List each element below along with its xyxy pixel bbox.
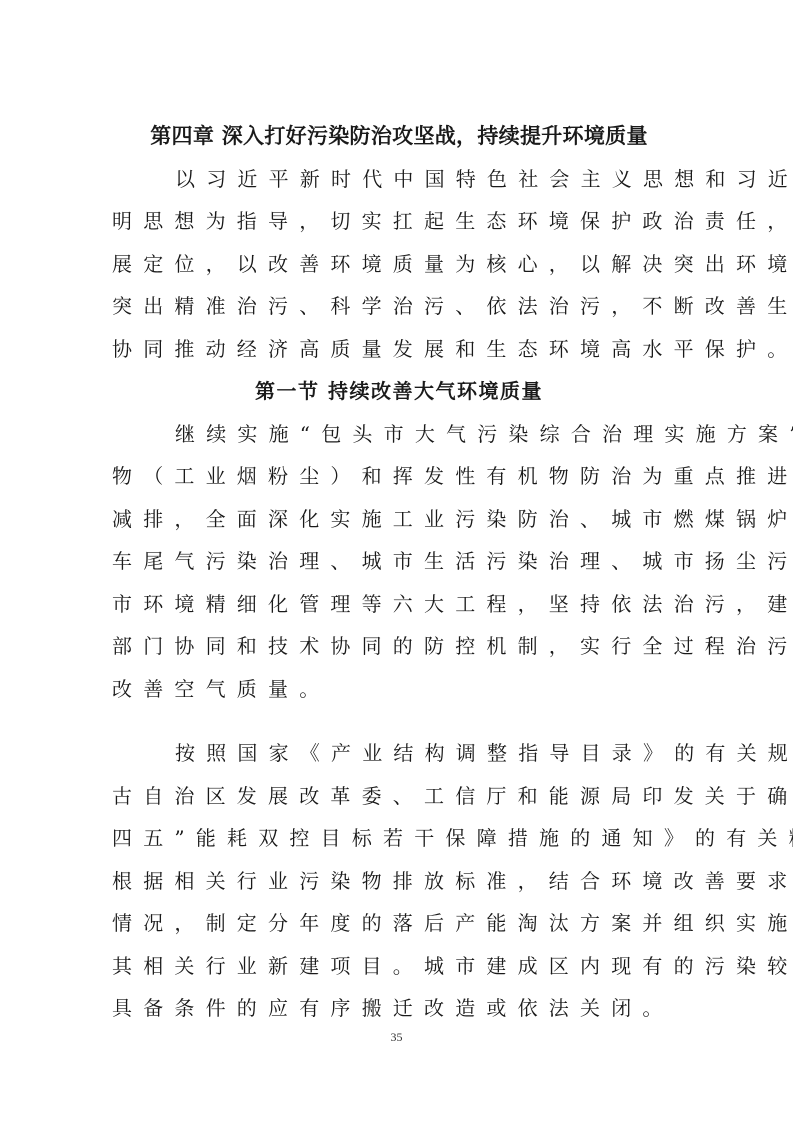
paragraph-line: 市环境精细化管理等六大工程，坚持依法治污，建立区域协同、 xyxy=(112,583,686,626)
paragraph-line: 按照国家《产业结构调整指导目录》的有关规定和《内蒙 xyxy=(112,732,686,775)
paragraph-line: 部门协同和技术协同的防控机制，实行全过程治污减排，不断 xyxy=(112,625,686,668)
paragraph-line: 根据相关行业污染物排放标准，结合环境改善要求及产业发展 xyxy=(112,860,686,903)
paragraph-line: 车尾气污染治理、城市生活污染治理、城市扬尘污染治理、城 xyxy=(112,540,686,583)
paragraph-line: 改善空气质量。 xyxy=(112,668,686,711)
paragraph-industry: 按照国家《产业结构调整指导目录》的有关规定和《内蒙 古自治区发展改革委、工信厅和… xyxy=(112,732,686,1030)
paragraph-line: 其相关行业新建项目。城市建成区内现有的污染较重的企业， xyxy=(112,945,686,988)
paragraph-line: 以习近平新时代中国特色社会主义思想和习近平生态文 xyxy=(112,158,686,201)
paragraph-line: 协同推动经济高质量发展和生态环境高水平保护。 xyxy=(112,328,686,371)
paragraph-line: 突出精准治污、科学治污、依法治污，不断改善生态环境质量， xyxy=(112,285,686,328)
paragraph-line: 继续实施“包头市大气污染综合治理实施方案”，以颗粒 xyxy=(112,413,686,456)
intro-paragraph: 以习近平新时代中国特色社会主义思想和习近平生态文 明思想为指导，切实扛起生态环境… xyxy=(112,158,686,371)
page-number: 35 xyxy=(0,1030,793,1045)
paragraph-line: 具备条件的应有序搬迁改造或依法关闭。 xyxy=(112,987,686,1030)
paragraph-line: 明思想为指导，切实扛起生态环境保护政治责任，立足我区发 xyxy=(112,200,686,243)
paragraph-air-quality: 继续实施“包头市大气污染综合治理实施方案”，以颗粒 物（工业烟粉尘）和挥发性有机… xyxy=(112,413,686,711)
paragraph-line: 展定位，以改善环境质量为核心，以解决突出环境问题为重点， xyxy=(112,243,686,286)
chapter-title: 第四章 深入打好污染防治攻坚战，持续提升环境质量 xyxy=(112,115,686,158)
paragraph-line: 古自治区发展改革委、工信厅和能源局印发关于确保完成“十 xyxy=(112,775,686,818)
paragraph-line: 物（工业烟粉尘）和挥发性有机物防治为重点推进污染物协同 xyxy=(112,455,686,498)
paragraph-line: 情况，制定分年度的落后产能淘汰方案并组织实施，不再审批 xyxy=(112,902,686,945)
paragraph-gap xyxy=(112,710,686,732)
section-title: 第一节 持续改善大气环境质量 xyxy=(112,370,686,413)
document-page: 第四章 深入打好污染防治攻坚战，持续提升环境质量 以习近平新时代中国特色社会主义… xyxy=(112,115,686,1030)
paragraph-line: 减排，全面深化实施工业污染防治、城市燃煤锅炉治理、机动 xyxy=(112,498,686,541)
paragraph-line: 四五”能耗双控目标若干保障措施的通知》的有关精神和要求， xyxy=(112,817,686,860)
